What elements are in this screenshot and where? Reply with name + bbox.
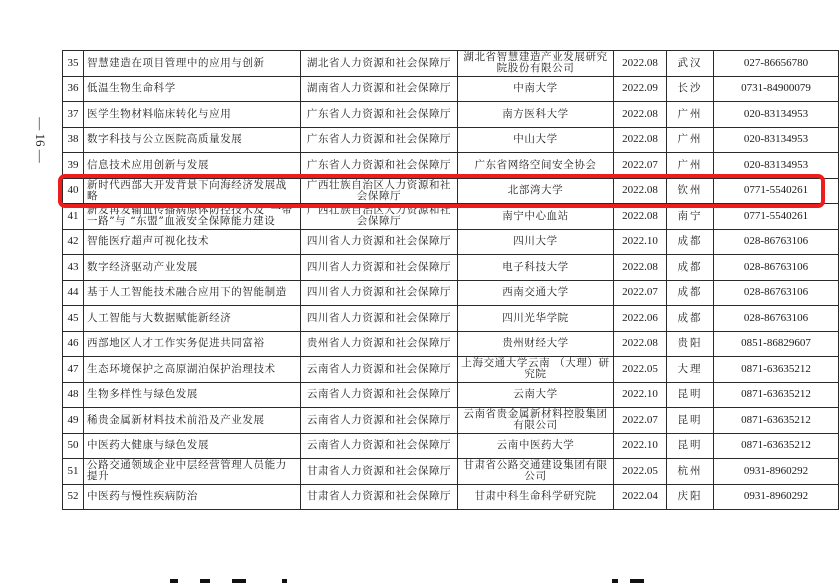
organizer-cell: 甘肃省人力资源和社会保障厅	[301, 484, 458, 510]
row-number-cell: 40	[63, 178, 84, 204]
program-title-cell: 医学生物材料临床转化与应用	[84, 102, 301, 128]
contact-phone-cell: 0931-8960292	[714, 459, 839, 485]
organizer-cell: 广东省人力资源和社会保障厅	[301, 102, 458, 128]
date-cell: 2022.08	[614, 255, 667, 281]
city-cell: 南宁	[667, 204, 714, 230]
organizer-cell: 广西壮族自治区人力资源和社会保障厅	[301, 178, 458, 204]
contact-phone-cell: 0851-86829607	[714, 331, 839, 357]
organizer-cell: 四川省人力资源和社会保障厅	[301, 306, 458, 332]
table-row: 48生物多样性与绿色发展云南省人力资源和社会保障厅云南大学2022.10昆明08…	[63, 382, 839, 408]
city-cell: 贵阳	[667, 331, 714, 357]
host-institution-cell: 云南中医药大学	[458, 433, 614, 459]
row-number-cell: 45	[63, 306, 84, 332]
program-title-cell: 生物多样性与绿色发展	[84, 382, 301, 408]
organizer-cell: 甘肃省人力资源和社会保障厅	[301, 459, 458, 485]
city-cell: 成都	[667, 280, 714, 306]
program-title-cell: 生态环境保护之高原湖泊保护治理技术	[84, 357, 301, 383]
contact-phone-cell: 0771-5540261	[714, 204, 839, 230]
contact-phone-cell: 028-86763106	[714, 306, 839, 332]
city-cell: 广州	[667, 153, 714, 179]
row-number-cell: 35	[63, 51, 84, 77]
training-program-table: 35智慧建造在项目管理中的应用与创新湖北省人力资源和社会保障厅湖北省智慧建造产业…	[62, 50, 839, 510]
program-title-cell: 信息技术应用创新与发展	[84, 153, 301, 179]
host-institution-cell: 湖北省智慧建造产业发展研究院股份有限公司	[458, 51, 614, 77]
host-institution-cell: 西南交通大学	[458, 280, 614, 306]
organizer-cell: 云南省人力资源和社会保障厅	[301, 408, 458, 434]
table-row: 46西部地区人才工作实务促进共同富裕贵州省人力资源和社会保障厅贵州财经大学202…	[63, 331, 839, 357]
host-institution-cell: 贵州财经大学	[458, 331, 614, 357]
table-row: 37医学生物材料临床转化与应用广东省人力资源和社会保障厅南方医科大学2022.0…	[63, 102, 839, 128]
contact-phone-cell: 028-86763106	[714, 280, 839, 306]
row-number-cell: 50	[63, 433, 84, 459]
program-title-cell: 中医药大健康与绿色发展	[84, 433, 301, 459]
table-row: 50中医药大健康与绿色发展云南省人力资源和社会保障厅云南中医药大学2022.10…	[63, 433, 839, 459]
table-row: 51公路交通领域企业中层经营管理人员能力提升甘肃省人力资源和社会保障厅甘肃省公路…	[63, 459, 839, 485]
contact-phone-cell: 0871-63635212	[714, 382, 839, 408]
host-institution-cell: 甘肃中科生命科学研究院	[458, 484, 614, 510]
program-title-cell: 稀贵金属新材料技术前沿及产业发展	[84, 408, 301, 434]
organizer-cell: 湖南省人力资源和社会保障厅	[301, 76, 458, 102]
city-cell: 长沙	[667, 76, 714, 102]
contact-phone-cell: 0871-63635212	[714, 408, 839, 434]
program-title-cell: 人工智能与大数据赋能新经济	[84, 306, 301, 332]
city-cell: 广州	[667, 102, 714, 128]
contact-phone-cell: 020-83134953	[714, 127, 839, 153]
row-number-cell: 43	[63, 255, 84, 281]
date-cell: 2022.08	[614, 51, 667, 77]
date-cell: 2022.09	[614, 76, 667, 102]
date-cell: 2022.10	[614, 382, 667, 408]
program-title-cell: 低温生物生命科学	[84, 76, 301, 102]
city-cell: 昆明	[667, 433, 714, 459]
city-cell: 庆阳	[667, 484, 714, 510]
contact-phone-cell: 028-86763106	[714, 255, 839, 281]
table-row: 41新发再发输血传播病原体防控技术及“一带一路”与 “东盟”血液安全保障能力建设…	[63, 204, 839, 230]
date-cell: 2022.06	[614, 306, 667, 332]
organizer-cell: 广西壮族自治区人力资源和社会保障厅	[301, 204, 458, 230]
program-title-cell: 智慧建造在项目管理中的应用与创新	[84, 51, 301, 77]
table-row: 40新时代西部大开发背景下向海经济发展战略广西壮族自治区人力资源和社会保障厅北部…	[63, 178, 839, 204]
organizer-cell: 广东省人力资源和社会保障厅	[301, 127, 458, 153]
contact-phone-cell: 0871-63635212	[714, 433, 839, 459]
date-cell: 2022.08	[614, 102, 667, 128]
city-cell: 成都	[667, 229, 714, 255]
row-number-cell: 48	[63, 382, 84, 408]
row-number-cell: 37	[63, 102, 84, 128]
host-institution-cell: 南宁中心血站	[458, 204, 614, 230]
page-number: — 16 —	[10, 120, 70, 160]
contact-phone-cell: 0771-5540261	[714, 178, 839, 204]
city-cell: 杭州	[667, 459, 714, 485]
host-institution-cell: 电子科技大学	[458, 255, 614, 281]
date-cell: 2022.10	[614, 433, 667, 459]
program-title-cell: 新时代西部大开发背景下向海经济发展战略	[84, 178, 301, 204]
host-institution-cell: 甘肃省公路交通建设集团有限公司	[458, 459, 614, 485]
table-row: 45人工智能与大数据赋能新经济四川省人力资源和社会保障厅四川光华学院2022.0…	[63, 306, 839, 332]
program-title-cell: 数字科技与公立医院高质量发展	[84, 127, 301, 153]
organizer-cell: 四川省人力资源和社会保障厅	[301, 229, 458, 255]
table-row: 49稀贵金属新材料技术前沿及产业发展云南省人力资源和社会保障厅云南省贵金属新材料…	[63, 408, 839, 434]
date-cell: 2022.07	[614, 153, 667, 179]
date-cell: 2022.05	[614, 459, 667, 485]
program-title-cell: 西部地区人才工作实务促进共同富裕	[84, 331, 301, 357]
contact-phone-cell: 028-86763106	[714, 229, 839, 255]
row-number-cell: 52	[63, 484, 84, 510]
table-row: 43数字经济驱动产业发展四川省人力资源和社会保障厅电子科技大学2022.08成都…	[63, 255, 839, 281]
date-cell: 2022.08	[614, 127, 667, 153]
table-row: 44基于人工智能技术融合应用下的智能制造四川省人力资源和社会保障厅西南交通大学2…	[63, 280, 839, 306]
date-cell: 2022.05	[614, 357, 667, 383]
contact-phone-cell: 0871-63635212	[714, 357, 839, 383]
date-cell: 2022.08	[614, 204, 667, 230]
row-number-cell: 38	[63, 127, 84, 153]
row-number-cell: 39	[63, 153, 84, 179]
row-number-cell: 46	[63, 331, 84, 357]
program-title-cell: 数字经济驱动产业发展	[84, 255, 301, 281]
organizer-cell: 湖北省人力资源和社会保障厅	[301, 51, 458, 77]
organizer-cell: 云南省人力资源和社会保障厅	[301, 433, 458, 459]
table-row: 39信息技术应用创新与发展广东省人力资源和社会保障厅广东省网络空间安全协会202…	[63, 153, 839, 179]
city-cell: 昆明	[667, 382, 714, 408]
program-title-cell: 智能医疗超声可视化技术	[84, 229, 301, 255]
organizer-cell: 云南省人力资源和社会保障厅	[301, 382, 458, 408]
table-row: 38数字科技与公立医院高质量发展广东省人力资源和社会保障厅中山大学2022.08…	[63, 127, 839, 153]
host-institution-cell: 中南大学	[458, 76, 614, 102]
organizer-cell: 广东省人力资源和社会保障厅	[301, 153, 458, 179]
contact-phone-cell: 020-83134953	[714, 153, 839, 179]
city-cell: 大理	[667, 357, 714, 383]
host-institution-cell: 四川光华学院	[458, 306, 614, 332]
city-cell: 广州	[667, 127, 714, 153]
contact-phone-cell: 0931-8960292	[714, 484, 839, 510]
row-number-cell: 47	[63, 357, 84, 383]
contact-phone-cell: 027-86656780	[714, 51, 839, 77]
host-institution-cell: 四川大学	[458, 229, 614, 255]
table-row: 42智能医疗超声可视化技术四川省人力资源和社会保障厅四川大学2022.10成都0…	[63, 229, 839, 255]
table-row: 36低温生物生命科学湖南省人力资源和社会保障厅中南大学2022.09长沙0731…	[63, 76, 839, 102]
program-title-cell: 基于人工智能技术融合应用下的智能制造	[84, 280, 301, 306]
contact-phone-cell: 0731-84900079	[714, 76, 839, 102]
row-number-cell: 44	[63, 280, 84, 306]
row-number-cell: 42	[63, 229, 84, 255]
host-institution-cell: 中山大学	[458, 127, 614, 153]
date-cell: 2022.08	[614, 331, 667, 357]
program-title-cell: 公路交通领域企业中层经营管理人员能力提升	[84, 459, 301, 485]
organizer-cell: 四川省人力资源和社会保障厅	[301, 280, 458, 306]
host-institution-cell: 广东省网络空间安全协会	[458, 153, 614, 179]
row-number-cell: 51	[63, 459, 84, 485]
organizer-cell: 四川省人力资源和社会保障厅	[301, 255, 458, 281]
host-institution-cell: 北部湾大学	[458, 178, 614, 204]
scan-artifact-bottom	[0, 577, 839, 583]
host-institution-cell: 南方医科大学	[458, 102, 614, 128]
table-row: 52中医药与慢性疾病防治甘肃省人力资源和社会保障厅甘肃中科生命科学研究院2022…	[63, 484, 839, 510]
city-cell: 成都	[667, 255, 714, 281]
city-cell: 昆明	[667, 408, 714, 434]
row-number-cell: 41	[63, 204, 84, 230]
date-cell: 2022.10	[614, 229, 667, 255]
row-number-cell: 36	[63, 76, 84, 102]
program-title-cell: 中医药与慢性疾病防治	[84, 484, 301, 510]
organizer-cell: 云南省人力资源和社会保障厅	[301, 357, 458, 383]
date-cell: 2022.07	[614, 408, 667, 434]
city-cell: 钦州	[667, 178, 714, 204]
row-number-cell: 49	[63, 408, 84, 434]
table-row: 35智慧建造在项目管理中的应用与创新湖北省人力资源和社会保障厅湖北省智慧建造产业…	[63, 51, 839, 77]
contact-phone-cell: 020-83134953	[714, 102, 839, 128]
organizer-cell: 贵州省人力资源和社会保障厅	[301, 331, 458, 357]
date-cell: 2022.08	[614, 178, 667, 204]
host-institution-cell: 云南省贵金属新材料控股集团有限公司	[458, 408, 614, 434]
host-institution-cell: 云南大学	[458, 382, 614, 408]
city-cell: 成都	[667, 306, 714, 332]
host-institution-cell: 上海交通大学云南 （大理）研究院	[458, 357, 614, 383]
city-cell: 武汉	[667, 51, 714, 77]
date-cell: 2022.04	[614, 484, 667, 510]
date-cell: 2022.07	[614, 280, 667, 306]
table-row: 47生态环境保护之高原湖泊保护治理技术云南省人力资源和社会保障厅上海交通大学云南…	[63, 357, 839, 383]
program-title-cell: 新发再发输血传播病原体防控技术及“一带一路”与 “东盟”血液安全保障能力建设	[84, 204, 301, 230]
